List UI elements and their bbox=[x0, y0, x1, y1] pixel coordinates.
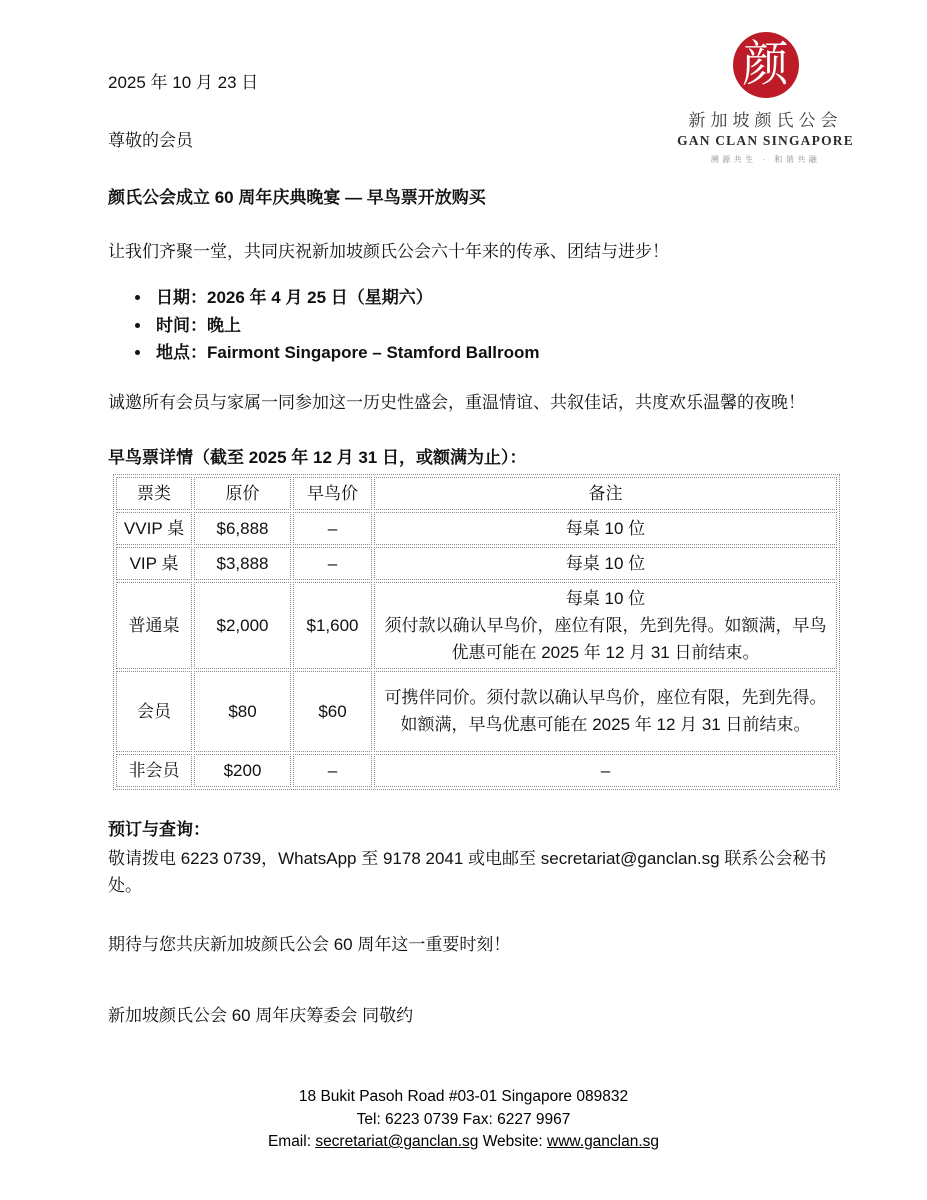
letter-subject: 颜氏公会成立 60 周年庆典晚宴 — 早鸟票开放购买 bbox=[108, 183, 848, 208]
event-detail-item: 地点：Fairmont Singapore – Stamford Ballroo… bbox=[152, 339, 848, 367]
cell-ticket-category: 会员 bbox=[116, 671, 192, 752]
signature-line: 新加坡颜氏公会 60 周年庆筹委会 同敬约 bbox=[108, 1001, 848, 1026]
booking-contact-paragraph: 敬请拨电 6223 0739，WhatsApp 至 9178 2041 或电邮至… bbox=[108, 845, 846, 899]
cell-ticket-category: 普通桌 bbox=[116, 582, 192, 669]
letter-body: 2025 年 10 月 23 日 尊敬的会员 颜氏公会成立 60 周年庆典晚宴 … bbox=[108, 0, 848, 1026]
column-header: 票类 bbox=[116, 477, 192, 510]
detail-value: 2026 年 4 月 25 日（星期六） bbox=[207, 288, 433, 307]
remarks-line: 可携伴同价。须付款以确认早鸟价，座位有限，先到先得。如额满，早鸟优惠可能在 20… bbox=[379, 684, 832, 738]
footer-website-label: Website: bbox=[478, 1133, 547, 1150]
cell-original-price: $80 bbox=[194, 671, 291, 752]
cell-remarks: – bbox=[374, 754, 837, 787]
footer-email-label: Email: bbox=[268, 1133, 315, 1150]
letter-page: 颜 新加坡颜氏公会 GAN CLAN SINGAPORE 溯源共生 · 和谐共融… bbox=[0, 0, 927, 1200]
table-row: VVIP 桌$6,888–每桌 10 位 bbox=[116, 512, 837, 545]
column-header: 早鸟价 bbox=[293, 477, 372, 510]
cell-early-bird-price: – bbox=[293, 547, 372, 580]
cell-early-bird-price: – bbox=[293, 512, 372, 545]
remarks-line: 须付款以确认早鸟价，座位有限，先到先得。如额满，早鸟优惠可能在 2025 年 1… bbox=[379, 612, 832, 666]
cell-original-price: $3,888 bbox=[194, 547, 291, 580]
letterhead-footer: 18 Bukit Pasoh Road #03-01 Singapore 089… bbox=[0, 1086, 927, 1154]
detail-label: 时间： bbox=[156, 316, 207, 335]
table-row: 普通桌$2,000$1,600每桌 10 位须付款以确认早鸟价，座位有限，先到先… bbox=[116, 582, 837, 669]
detail-label: 地点： bbox=[156, 343, 207, 362]
cell-ticket-category: VIP 桌 bbox=[116, 547, 192, 580]
remarks-line: 每桌 10 位 bbox=[379, 585, 832, 612]
table-header-row: 票类原价早鸟价备注 bbox=[116, 477, 837, 510]
cell-remarks: 每桌 10 位须付款以确认早鸟价，座位有限，先到先得。如额满，早鸟优惠可能在 2… bbox=[374, 582, 837, 669]
table-row: 非会员$200–– bbox=[116, 754, 837, 787]
remarks-line: – bbox=[379, 757, 832, 784]
cell-early-bird-price: $60 bbox=[293, 671, 372, 752]
detail-label: 日期： bbox=[156, 288, 207, 307]
ticket-price-table: 票类原价早鸟价备注 VVIP 桌$6,888–每桌 10 位VIP 桌$3,88… bbox=[113, 474, 840, 790]
cell-original-price: $6,888 bbox=[194, 512, 291, 545]
footer-address: 18 Bukit Pasoh Road #03-01 Singapore 089… bbox=[0, 1086, 927, 1109]
footer-website-link[interactable]: www.ganclan.sg bbox=[547, 1133, 659, 1150]
detail-value: 晚上 bbox=[207, 316, 241, 335]
table-row: VIP 桌$3,888–每桌 10 位 bbox=[116, 547, 837, 580]
event-detail-item: 时间：晚上 bbox=[152, 312, 848, 340]
column-header: 原价 bbox=[194, 477, 291, 510]
remarks-line: 每桌 10 位 bbox=[379, 515, 832, 542]
invitation-paragraph: 诚邀所有会员与家属一同参加这一历史性盛会，重温情谊、共叙佳话，共度欢乐温馨的夜晚… bbox=[108, 389, 846, 416]
event-details-list: 日期：2026 年 4 月 25 日（星期六）时间：晚上地点：Fairmont … bbox=[152, 284, 848, 367]
detail-value: Fairmont Singapore – Stamford Ballroom bbox=[207, 343, 540, 362]
ticket-table-caption: 早鸟票详情（截至 2025 年 12 月 31 日，或额满为止）： bbox=[108, 443, 848, 468]
event-detail-item: 日期：2026 年 4 月 25 日（星期六） bbox=[152, 284, 848, 312]
column-header: 备注 bbox=[374, 477, 837, 510]
cell-ticket-category: VVIP 桌 bbox=[116, 512, 192, 545]
cell-early-bird-price: – bbox=[293, 754, 372, 787]
cell-original-price: $200 bbox=[194, 754, 291, 787]
intro-paragraph: 让我们齐聚一堂，共同庆祝新加坡颜氏公会六十年来的传承、团结与进步！ bbox=[108, 238, 848, 265]
cell-remarks: 可携伴同价。须付款以确认早鸟价，座位有限，先到先得。如额满，早鸟优惠可能在 20… bbox=[374, 671, 837, 752]
booking-heading: 预订与查询： bbox=[108, 815, 848, 840]
cell-remarks: 每桌 10 位 bbox=[374, 512, 837, 545]
cell-early-bird-price: $1,600 bbox=[293, 582, 372, 669]
salutation: 尊敬的会员 bbox=[108, 126, 848, 151]
cell-remarks: 每桌 10 位 bbox=[374, 547, 837, 580]
cell-original-price: $2,000 bbox=[194, 582, 291, 669]
cell-ticket-category: 非会员 bbox=[116, 754, 192, 787]
footer-contact-line: Email: secretariat@ganclan.sg Website: w… bbox=[0, 1131, 927, 1154]
closing-line: 期待与您共庆新加坡颜氏公会 60 周年这一重要时刻！ bbox=[108, 930, 848, 955]
table-row: 会员$80$60可携伴同价。须付款以确认早鸟价，座位有限，先到先得。如额满，早鸟… bbox=[116, 671, 837, 752]
remarks-line: 每桌 10 位 bbox=[379, 550, 832, 577]
footer-email-link[interactable]: secretariat@ganclan.sg bbox=[315, 1133, 478, 1150]
letter-date: 2025 年 10 月 23 日 bbox=[108, 68, 848, 93]
footer-tel-fax: Tel: 6223 0739 Fax: 6227 9967 bbox=[0, 1109, 927, 1132]
